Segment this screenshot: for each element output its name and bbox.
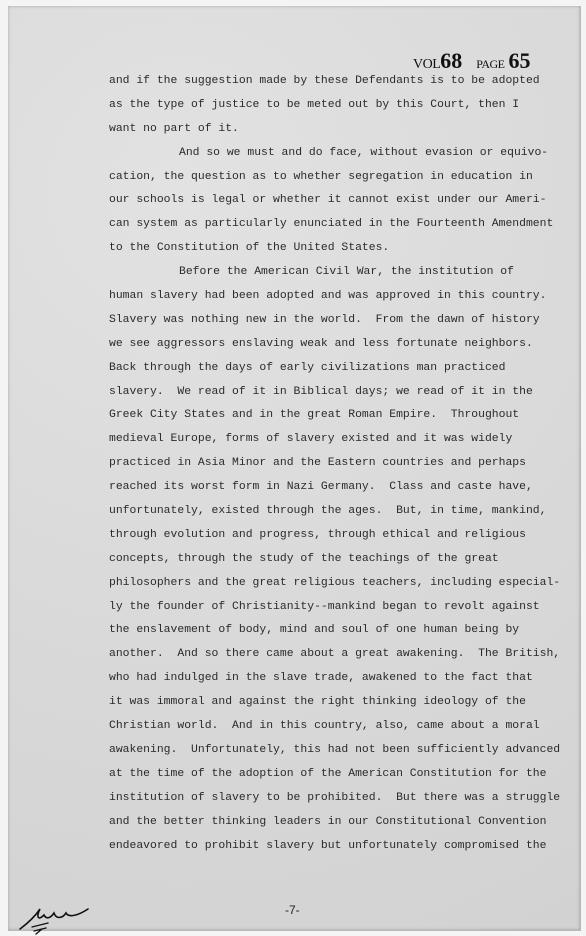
page-marker: -7- bbox=[285, 903, 300, 917]
handwritten-initials-icon bbox=[18, 901, 94, 935]
text-line: concepts, through the study of the teach… bbox=[109, 548, 579, 572]
text-line: philosophers and the great religious tea… bbox=[109, 572, 579, 596]
text-line: practiced in Asia Minor and the Eastern … bbox=[109, 452, 579, 476]
text-line: medieval Europe, forms of slavery existe… bbox=[109, 428, 579, 452]
text-line: slavery. We read of it in Biblical days;… bbox=[109, 381, 579, 405]
typed-body-text: and if the suggestion made by these Defe… bbox=[109, 70, 579, 858]
text-line: reached its worst form in Nazi Germany. … bbox=[109, 476, 579, 500]
text-line: our schools is legal or whether it canno… bbox=[109, 189, 579, 213]
text-line: human slavery had been adopted and was a… bbox=[109, 285, 579, 309]
text-line: another. And so there came about a great… bbox=[109, 643, 579, 667]
text-line: cation, the question as to whether segre… bbox=[109, 166, 579, 190]
text-line: as the type of justice to be meted out b… bbox=[109, 94, 579, 118]
text-line: unfortunately, existed through the ages.… bbox=[109, 500, 579, 524]
page-label: PAGE bbox=[476, 57, 504, 71]
text-line: and if the suggestion made by these Defe… bbox=[109, 70, 579, 94]
text-line: to the Constitution of the United States… bbox=[109, 237, 579, 261]
text-line: Slavery was nothing new in the world. Fr… bbox=[109, 309, 579, 333]
text-line: at the time of the adoption of the Ameri… bbox=[109, 763, 579, 787]
text-line: who had indulged in the slave trade, awa… bbox=[109, 667, 579, 691]
text-line: the enslavement of body, mind and soul o… bbox=[109, 619, 579, 643]
text-line: institution of slavery to be prohibited.… bbox=[109, 787, 579, 811]
document-page: VOL68PAGE 65 and if the suggestion made … bbox=[8, 6, 581, 931]
text-line: through evolution and progress, through … bbox=[109, 524, 579, 548]
text-line: And so we must and do face, without evas… bbox=[109, 142, 579, 166]
text-line: can system as particularly enunciated in… bbox=[109, 213, 579, 237]
text-line: want no part of it. bbox=[109, 118, 579, 142]
text-line: it was immoral and against the right thi… bbox=[109, 691, 579, 715]
text-line: we see aggressors enslaving weak and les… bbox=[109, 333, 579, 357]
text-line: endeavored to prohibit slavery but unfor… bbox=[109, 835, 579, 859]
text-line: Before the American Civil War, the insti… bbox=[109, 261, 579, 285]
text-line: and the better thinking leaders in our C… bbox=[109, 811, 579, 835]
text-line: Back through the days of early civilizat… bbox=[109, 357, 579, 381]
text-line: awakening. Unfortunately, this had not b… bbox=[109, 739, 579, 763]
text-line: ly the founder of Christianity--mankind … bbox=[109, 596, 579, 620]
text-line: Christian world. And in this country, al… bbox=[109, 715, 579, 739]
text-line: Greek City States and in the great Roman… bbox=[109, 404, 579, 428]
